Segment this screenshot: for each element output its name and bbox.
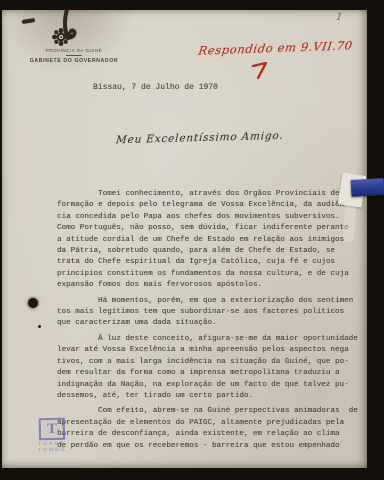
letter-page: PROVÍNCIA DA GUINÉ GABINETE DO GOVERNADO… bbox=[2, 10, 367, 468]
red-handwritten-note: Respondido em 9.VII.70 bbox=[198, 38, 354, 57]
page-number-pencil: 1 bbox=[335, 12, 343, 24]
paragraph-3: À luz deste conceito, afigura-se-me da m… bbox=[57, 334, 359, 402]
paragraph-1: Tomei conhecimento, através dos Orgãos P… bbox=[57, 189, 359, 292]
letterhead-agency: PROVÍNCIA DA GUINÉ bbox=[18, 48, 130, 53]
letterhead: PROVÍNCIA DA GUINÉ GABINETE DO GOVERNADO… bbox=[18, 48, 130, 64]
red-check-mark bbox=[251, 62, 271, 80]
salutation-handwritten: Meu Excelentíssimo Amigo. bbox=[116, 130, 284, 146]
date-line: Bissau, 7 de Julho de 1970 bbox=[93, 83, 218, 92]
scanned-letter: PROVÍNCIA DA GUINÉ GABINETE DO GOVERNADO… bbox=[0, 0, 384, 480]
archive-stamp-monogram: T bbox=[39, 418, 65, 440]
paragraph-2: Há momentos, porém, em que a exterioriza… bbox=[57, 296, 359, 330]
letter-body: Tomei conhecimento, através dos Orgãos P… bbox=[57, 189, 359, 456]
archive-stamp-line2: TOMBO bbox=[32, 448, 72, 454]
ink-dash-mark bbox=[22, 18, 35, 24]
letterhead-office: GABINETE DO GOVERNADOR bbox=[18, 58, 130, 64]
archive-stamp-torre-do-tombo: T TORRE TOMBO bbox=[32, 418, 73, 454]
coat-of-arms-emblem bbox=[49, 27, 73, 49]
paragraph-4: Com efeito, abrem-se na Guiné perspectiv… bbox=[57, 406, 359, 452]
ink-speck bbox=[38, 325, 41, 328]
archive-stamp-line1: TORRE bbox=[32, 441, 72, 447]
blue-index-tab bbox=[351, 178, 384, 197]
letterhead-rule bbox=[66, 55, 82, 56]
punch-hole bbox=[28, 298, 38, 308]
